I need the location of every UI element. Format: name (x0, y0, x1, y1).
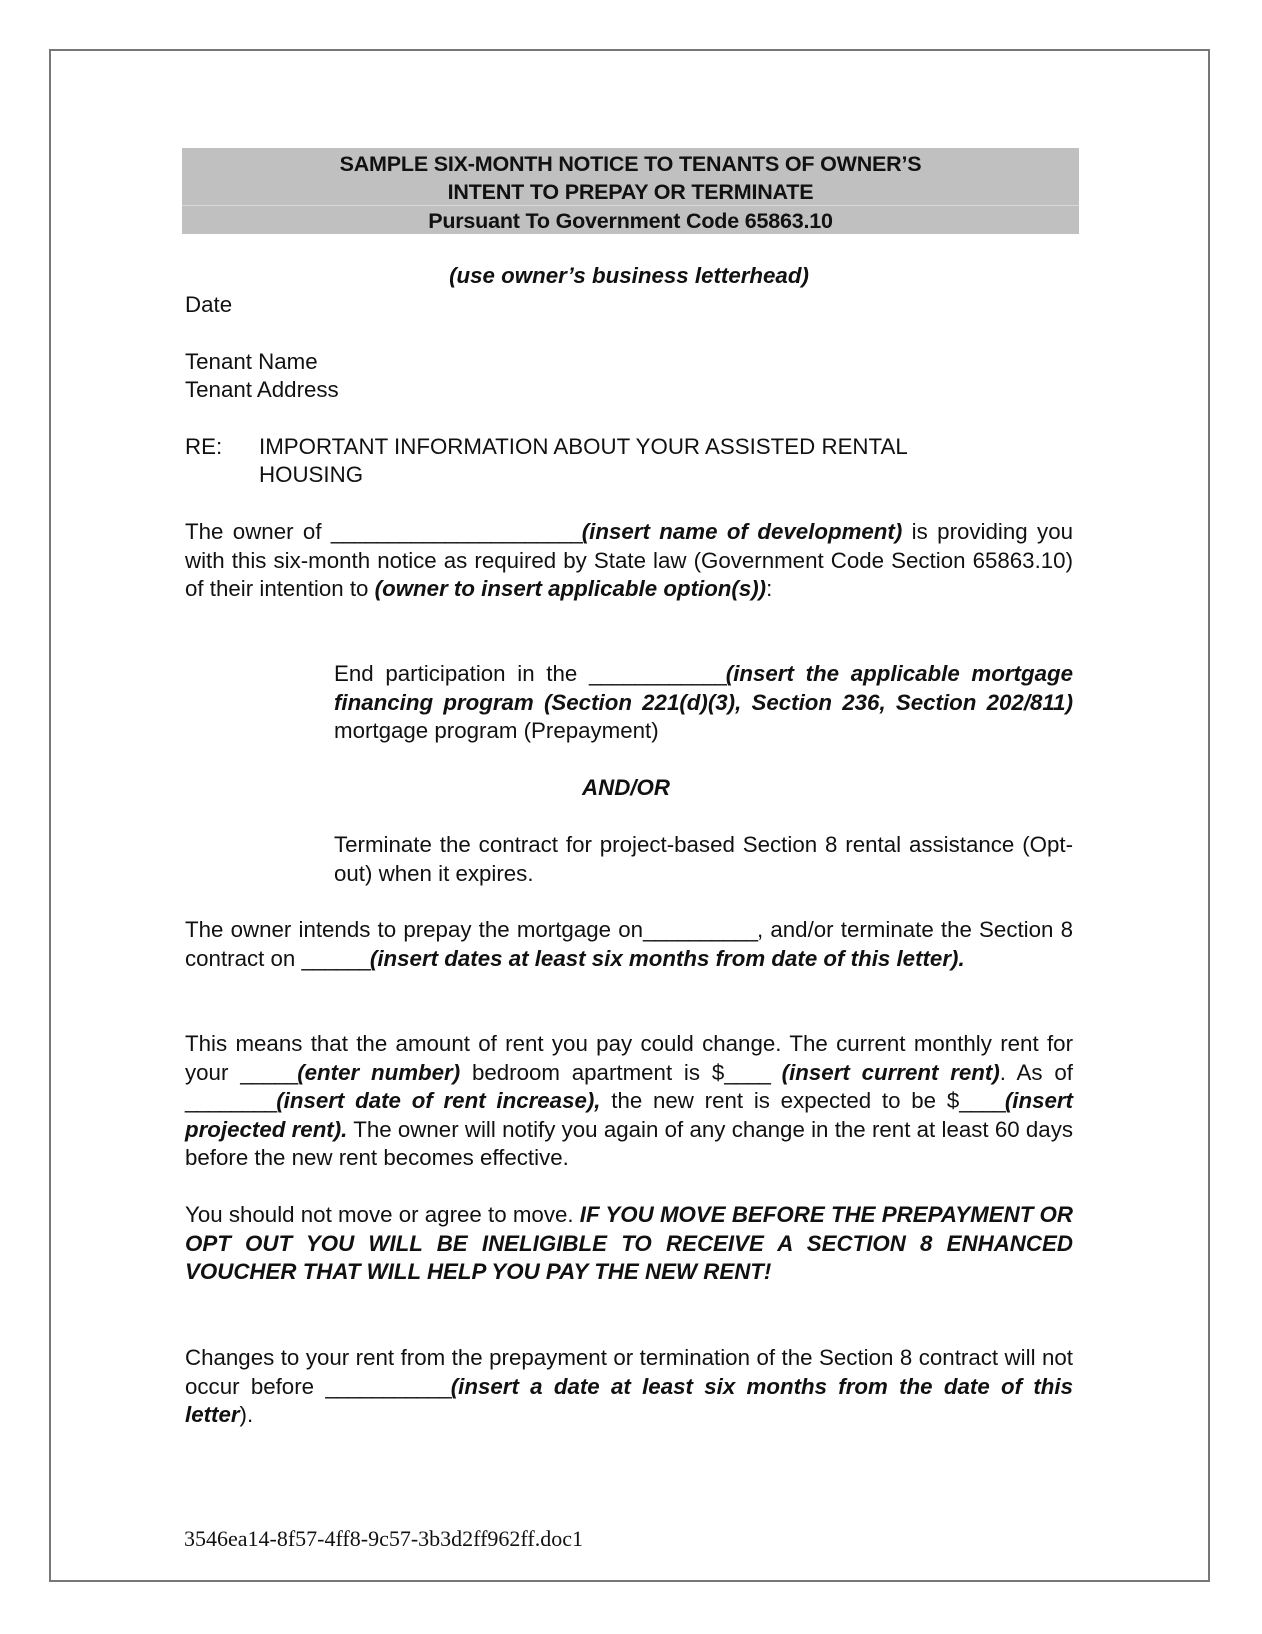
instruction: (insert name of development) (582, 519, 903, 544)
paragraph-warning: You should not move or agree to move. IF… (185, 1201, 1073, 1287)
text: mortgage program (Prepayment) (334, 718, 659, 743)
document-id-footer: 3546ea14-8f57-4ff8-9c57-3b3d2ff962ff.doc… (184, 1526, 583, 1552)
title-line-1: SAMPLE SIX-MONTH NOTICE TO TENANTS OF OW… (182, 152, 1079, 177)
instruction: (insert date of rent increase), (276, 1088, 600, 1113)
text: : (766, 576, 772, 601)
date-field: Date (185, 291, 232, 320)
title-subtitle: Pursuant To Government Code 65863.10 (182, 209, 1079, 234)
blank-increase-date: ________ (185, 1088, 276, 1113)
paragraph-intro: The owner of ______________________(inse… (185, 518, 1073, 604)
tenant-name-field: Tenant Name (185, 348, 318, 377)
text: bedroom apartment is $ (460, 1060, 724, 1085)
text: End participation in the (334, 661, 589, 686)
letterhead-note: (use owner’s business letterhead) (185, 262, 1073, 291)
blank-projected-rent: ____ (959, 1088, 1005, 1113)
title-line-2: INTENT TO PREPAY OR TERMINATE (182, 180, 1079, 205)
text: The owner intends to prepay the mortgage… (185, 917, 643, 942)
text: . As of (1000, 1060, 1073, 1085)
banner-divider (182, 205, 1079, 206)
paragraph-dates: The owner intends to prepay the mortgage… (185, 916, 1073, 973)
and-or-separator: AND/OR (582, 774, 670, 803)
blank-program: ____________ (589, 661, 726, 686)
instruction: (owner to insert applicable option(s)) (375, 576, 766, 601)
instruction: (insert current rent) (770, 1060, 1000, 1085)
text: ). (240, 1402, 254, 1427)
tenant-address-field: Tenant Address (185, 376, 339, 405)
re-label: RE: (185, 433, 222, 462)
text: You should not move or agree to move. (185, 1202, 580, 1227)
option-prepayment: End participation in the ____________(in… (334, 660, 1073, 746)
instruction: (insert dates at least six months from d… (370, 946, 965, 971)
blank-prepay-date: __________ (643, 917, 757, 942)
re-subject-line-2: HOUSING (259, 461, 363, 490)
blank-development-name: ______________________ (331, 519, 582, 544)
blank-bedrooms: _____ (240, 1060, 297, 1085)
text: the new rent is expected to be $ (601, 1088, 960, 1113)
paragraph-rent: This means that the amount of rent you p… (185, 1030, 1073, 1173)
blank-terminate-date: ______ (302, 946, 370, 971)
blank-effective-date: ___________ (325, 1374, 450, 1399)
option-opt-out: Terminate the contract for project-based… (334, 831, 1073, 888)
paragraph-effective-date: Changes to your rent from the prepayment… (185, 1344, 1073, 1430)
instruction: (enter number) (297, 1060, 460, 1085)
title-banner: SAMPLE SIX-MONTH NOTICE TO TENANTS OF OW… (182, 148, 1079, 234)
re-subject-line-1: IMPORTANT INFORMATION ABOUT YOUR ASSISTE… (259, 433, 908, 462)
text: The owner of (185, 519, 331, 544)
blank-current-rent: ____ (724, 1060, 770, 1085)
